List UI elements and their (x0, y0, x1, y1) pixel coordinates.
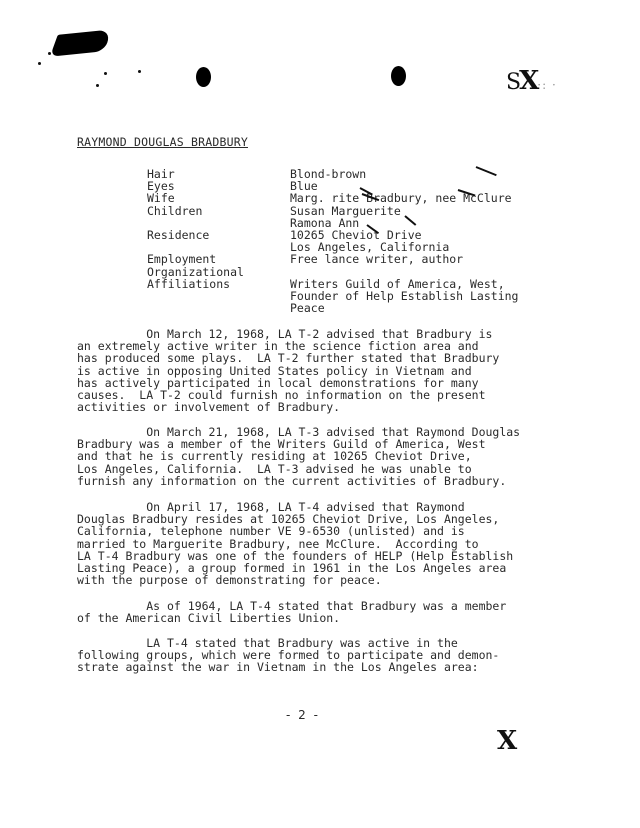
text-line: and that he is currently residing at 102… (77, 450, 567, 462)
fact-row: Peace (147, 302, 518, 314)
paragraph-la-t3: On March 21, 1968, LA T-3 advised that R… (77, 426, 567, 487)
text-line: of the American Civil Liberties Union. (77, 612, 567, 624)
subject-name-heading: RAYMOND DOUGLAS BRADBURY (77, 135, 248, 149)
ink-speck (104, 72, 107, 75)
paragraph-la-t2: On March 12, 1968, LA T-2 advised that B… (77, 328, 567, 413)
paragraph-la-t4-april: On April 17, 1968, LA T-4 advised that R… (77, 501, 567, 586)
paragraph-la-t4-aclu: As of 1964, LA T-4 stated that Bradbury … (77, 600, 567, 624)
text-line: Los Angeles, California. LA T-3 advised … (77, 463, 567, 475)
bottom-right-mark: X (497, 726, 517, 756)
text-line: strate against the war in Vietnam in the… (77, 661, 567, 673)
fact-label: Affiliations (147, 278, 290, 290)
fact-row: Founder of Help Establish Lasting (147, 290, 518, 302)
fact-value: Peace (290, 302, 325, 314)
punch-hole-right (391, 66, 406, 86)
text-line: California, telephone number VE 9-6530 (… (77, 525, 567, 537)
fact-row: HairBlond-brown (147, 168, 518, 180)
fact-label: Residence (147, 229, 290, 241)
ink-speck (38, 62, 41, 65)
fact-value: Susan Marguerite (290, 205, 401, 217)
fact-label (147, 290, 290, 302)
text-line: has produced some plays. LA T-2 further … (77, 352, 567, 364)
paragraph-la-t4-groups: LA T-4 stated that Bradbury was active i… (77, 637, 567, 674)
fact-label: Children (147, 205, 290, 217)
fact-value: Marg. rite Bradbury, nee McClure (290, 192, 512, 204)
fact-row: WifeMarg. rite Bradbury, nee McClure (147, 192, 518, 204)
page-number: - 2 - (286, 708, 320, 722)
fact-label: Organizational (147, 266, 290, 278)
ink-speck (96, 84, 99, 87)
fact-value: Free lance writer, author (290, 253, 463, 265)
text-line: with the purpose of demonstrating for pe… (77, 574, 567, 586)
top-right-stamp: SX·: · (506, 66, 557, 96)
punch-hole-left (196, 67, 211, 87)
ink-speck (48, 52, 51, 55)
ink-speck (138, 70, 141, 73)
text-line: is active in opposing United States poli… (77, 365, 567, 377)
document-page: SX·: · RAYMOND DOUGLAS BRADBURY HairBlon… (0, 0, 640, 828)
text-line: married to Marguerite Bradbury, nee McCl… (77, 538, 567, 550)
fact-label: Wife (147, 192, 290, 204)
text-line: activities or involvement of Bradbury. (77, 401, 567, 413)
fact-label (147, 302, 290, 314)
ink-blot (50, 29, 112, 56)
fact-row: EmploymentFree lance writer, author (147, 253, 518, 265)
fact-row: ChildrenSusan Marguerite (147, 205, 518, 217)
text-line: furnish any information on the current a… (77, 475, 567, 487)
fact-row: Organizational (147, 266, 518, 278)
fact-label: Employment (147, 253, 290, 265)
